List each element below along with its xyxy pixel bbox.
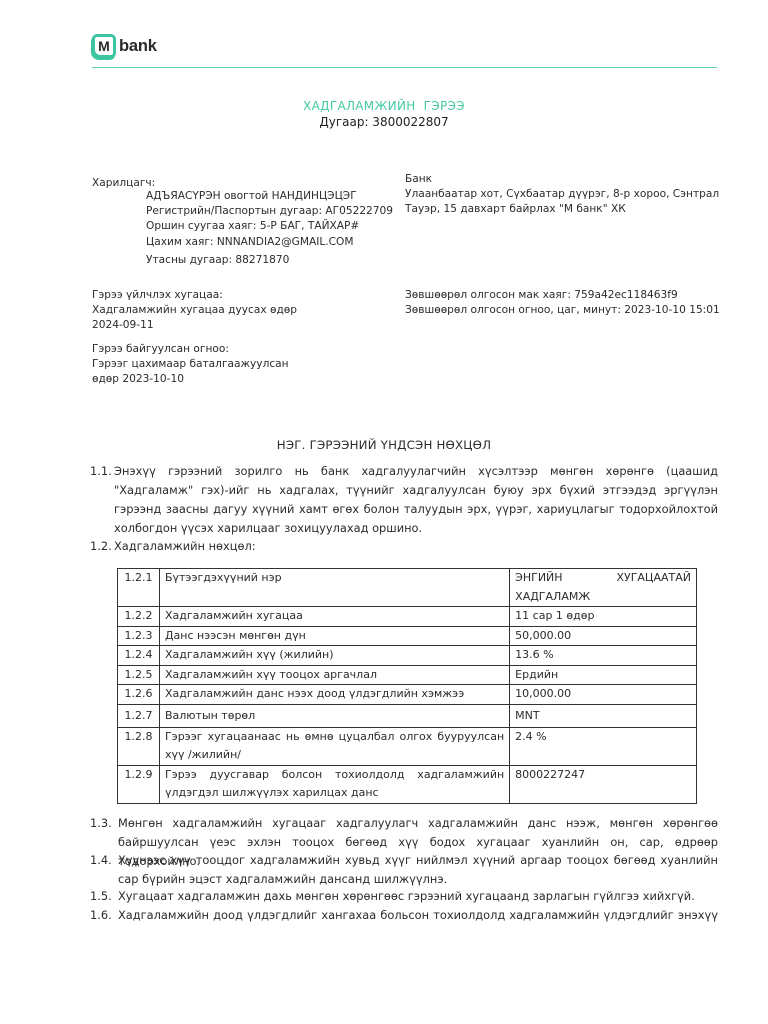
value-line: ХАДГАЛАМЖ — [515, 588, 691, 607]
customer-name: АДЪЯАСҮРЭН овогтой НАНДИНЦЭЦЭГ — [146, 189, 393, 204]
customer-details: АДЪЯАСҮРЭН овогтой НАНДИНЦЭЦЭГ Регистрий… — [146, 189, 393, 268]
row-value: 8000227247 — [510, 765, 697, 803]
row-label: Гэрээ дуусгавар болсон тохиолдолд хадгал… — [159, 765, 509, 803]
row-value: 11 сар 1 өдөр — [510, 607, 697, 627]
table-row: 1.2.9 Гэрээ дуусгавар болсон тохиолдолд … — [118, 765, 697, 803]
clause-text: Энэхүү гэрээний зорилго нь банк хадгалуу… — [114, 462, 718, 538]
clause-text: Хадгаламжийн доод үлдэгдлийг хангахаа бо… — [118, 906, 718, 925]
deposit-terms-table: 1.2.1 Бүтээгдэхүүний нэр ЭНГИЙНХУГАЦААТА… — [117, 568, 697, 804]
clause-1-2: 1.2. Хадгаламжийн нөхцөл: — [90, 537, 718, 556]
approval-datetime: Зөвшөөрөл олгосон огноо, цаг, минут: 202… — [405, 303, 720, 318]
row-value: MNT — [510, 704, 697, 727]
row-label: Гэрээг хугацаанаас нь өмнө цуцалбал олго… — [159, 727, 509, 765]
row-number: 1.2.3 — [118, 626, 160, 646]
table-row: 1.2.1 Бүтээгдэхүүний нэр ЭНГИЙНХУГАЦААТА… — [118, 569, 697, 607]
clause-number: 1.2. — [90, 537, 114, 556]
contract-signed: Гэрээ байгуулсан огноо: Гэрээг цахимаар … — [92, 342, 289, 388]
approval-info: Зөвшөөрөл олгосон мак хаяг: 759a42ec1184… — [405, 288, 720, 318]
row-label: Хадгаламжийн хүү тооцох аргачлал — [159, 665, 509, 685]
document-number: Дугаар: 3800022807 — [0, 115, 768, 129]
signed-description: Гэрээг цахимаар баталгаажуулсан — [92, 357, 289, 372]
customer-registration: Регистрийн/Паспортын дугаар: АГ05222709 — [146, 204, 393, 219]
row-number: 1.2.2 — [118, 607, 160, 627]
table-row: 1.2.4 Хадгаламжийн хүү (жилийн) 13.6 % — [118, 646, 697, 666]
clause-1-6: 1.6. Хадгаламжийн доод үлдэгдлийг хангах… — [90, 906, 718, 925]
section-title: НЭГ. ГЭРЭЭНИЙ ҮНДСЭН НӨХЦӨЛ — [0, 438, 768, 452]
header-divider — [92, 67, 717, 68]
mbank-logo: M bank — [92, 34, 157, 58]
clause-1-5: 1.5. Хугацаат хадгаламжин дахь мөнгөн хө… — [90, 887, 718, 906]
clause-text: Хадгаламжийн нөхцөл: — [114, 537, 718, 556]
term-description: Хадгаламжийн хугацаа дуусах өдөр — [92, 303, 297, 318]
clause-text: Хугацаат хадгаламжин дахь мөнгөн хөрөнгө… — [118, 887, 718, 906]
table-row: 1.2.6 Хадгаламжийн данс нээх доод үлдэгд… — [118, 685, 697, 705]
row-label: Данс нээсэн мөнгөн дүн — [159, 626, 509, 646]
bank-label: Банк — [405, 172, 719, 187]
approval-mac: Зөвшөөрөл олгосон мак хаяг: 759a42ec1184… — [405, 288, 720, 303]
contract-term: Гэрээ үйлчлэх хугацаа: Хадгаламжийн хуга… — [92, 288, 297, 334]
value-word: ХУГАЦААТАЙ — [616, 569, 691, 588]
clause-text: Хүүнээс хүү тооцдог хадгаламжийн хувьд х… — [118, 851, 718, 889]
signed-label: Гэрээ байгуулсан огноо: — [92, 342, 289, 357]
clause-number: 1.5. — [90, 887, 118, 906]
term-label: Гэрээ үйлчлэх хугацаа: — [92, 288, 297, 303]
row-value: 10,000.00 — [510, 685, 697, 705]
term-end-date: 2024-09-11 — [92, 318, 297, 333]
row-number: 1.2.9 — [118, 765, 160, 803]
row-label: Хадгаламжийн хүү (жилийн) — [159, 646, 509, 666]
row-value: 2.4 % — [510, 727, 697, 765]
row-value: ЭНГИЙНХУГАЦААТАЙ ХАДГАЛАМЖ — [510, 569, 697, 607]
row-number: 1.2.6 — [118, 685, 160, 705]
clause-1-1: 1.1. Энэхүү гэрээний зорилго нь банк хад… — [90, 462, 718, 538]
row-number: 1.2.7 — [118, 704, 160, 727]
signed-date: өдөр 2023-10-10 — [92, 372, 289, 387]
clause-number: 1.6. — [90, 906, 118, 925]
document-title: ХАДГАЛАМЖИЙН ГЭРЭЭ — [0, 99, 768, 113]
customer-phone: Утасны дугаар: 88271870 — [146, 253, 393, 268]
bank-address-line1: Улаанбаатар хот, Сүхбаатар дүүрэг, 8-р х… — [405, 187, 719, 202]
logo-m-icon: M — [92, 34, 116, 58]
row-label: Валютын төрөл — [159, 704, 509, 727]
row-number: 1.2.1 — [118, 569, 160, 607]
row-number: 1.2.8 — [118, 727, 160, 765]
row-number: 1.2.4 — [118, 646, 160, 666]
logo-text: bank — [119, 37, 157, 56]
row-label: Хадгаламжийн данс нээх доод үлдэгдлийн х… — [159, 685, 509, 705]
customer-address: Оршин суугаа хаяг: 5-Р БАГ, ТАЙХАР# — [146, 219, 393, 234]
clause-number: 1.1. — [90, 462, 114, 538]
row-value: Ердийн — [510, 665, 697, 685]
row-label: Хадгаламжийн хугацаа — [159, 607, 509, 627]
clause-1-4: 1.4. Хүүнээс хүү тооцдог хадгаламжийн ху… — [90, 851, 718, 889]
clause-number: 1.4. — [90, 851, 118, 889]
customer-email: Цахим хаяг: NNNANDIA2@GMAIL.COM — [146, 235, 393, 250]
row-value: 13.6 % — [510, 646, 697, 666]
page-header: M bank — [92, 34, 717, 70]
table-row: 1.2.3 Данс нээсэн мөнгөн дүн 50,000.00 — [118, 626, 697, 646]
row-label: Бүтээгдэхүүний нэр — [159, 569, 509, 607]
table-row: 1.2.7 Валютын төрөл MNT — [118, 704, 697, 727]
bank-address-line2: Тауэр, 15 давхарт байрлах "М банк" ХК — [405, 202, 719, 217]
table-row: 1.2.2 Хадгаламжийн хугацаа 11 сар 1 өдөр — [118, 607, 697, 627]
table-row: 1.2.5 Хадгаламжийн хүү тооцох аргачлал Е… — [118, 665, 697, 685]
row-number: 1.2.5 — [118, 665, 160, 685]
table-row: 1.2.8 Гэрээг хугацаанаас нь өмнө цуцалба… — [118, 727, 697, 765]
value-word: ЭНГИЙН — [515, 569, 562, 588]
row-value: 50,000.00 — [510, 626, 697, 646]
bank-info: Банк Улаанбаатар хот, Сүхбаатар дүүрэг, … — [405, 172, 719, 218]
